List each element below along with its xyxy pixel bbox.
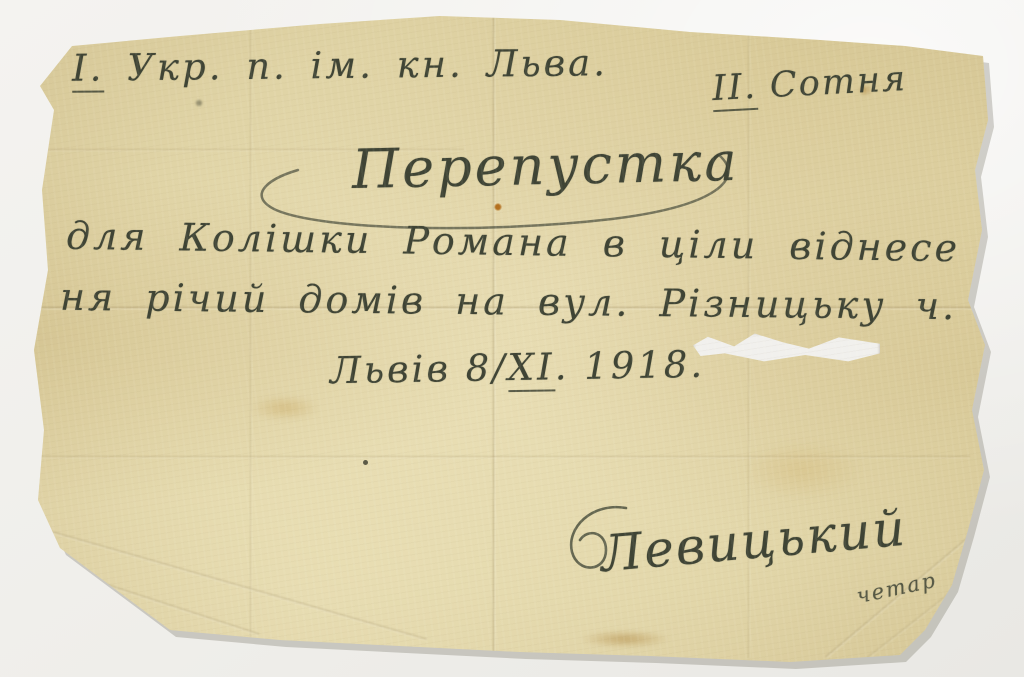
regiment-name: Укр. п. ім. кн. Льва. <box>127 41 608 89</box>
bottom-stain <box>580 630 670 648</box>
date-month-roman: ХІ <box>507 345 555 392</box>
date-prefix: Львів 8/ <box>330 346 508 392</box>
fold-crease-vertical-center <box>492 14 496 656</box>
right-foxing <box>742 440 862 500</box>
company-name: Сотня <box>769 59 908 106</box>
dark-speck <box>363 460 368 465</box>
ink-stain-spot <box>494 203 502 211</box>
body-text-line-2: ня річий домів на вул. Різницьку ч. 17. <box>60 275 1024 329</box>
photo-of-document: І. Укр. п. ім. кн. Льва. ІІ. Сотня Переп… <box>0 0 1024 677</box>
fold-crease-diagonal-bottom-left-2 <box>40 562 260 636</box>
body-text-line-1: для Колішки Романа в ціли віднесе <box>66 214 961 270</box>
document-title: Перепустка <box>351 130 740 201</box>
fold-crease-diagonal-bottom-left-1 <box>42 528 427 641</box>
regiment-numeral: І. <box>72 46 105 92</box>
signature: Левицький <box>598 499 909 584</box>
left-stain <box>250 395 320 421</box>
date-year: . 1918. <box>554 343 705 389</box>
signature-rank: четар <box>854 568 939 608</box>
regiment-header: І. Укр. п. ім. кн. Льва. <box>72 41 608 90</box>
company-header: ІІ. Сотня <box>711 59 908 109</box>
small-speck <box>196 100 202 106</box>
fold-crease-horizontal-lower <box>40 455 970 459</box>
document-paper: І. Укр. п. ім. кн. Льва. ІІ. Сотня Переп… <box>0 0 1024 677</box>
paper-tear <box>693 331 880 363</box>
fold-crease-vertical-left <box>249 20 253 645</box>
company-numeral: ІІ. <box>711 67 758 112</box>
place-and-date-line: Львів 8/ХІ. 1918. <box>330 343 706 393</box>
